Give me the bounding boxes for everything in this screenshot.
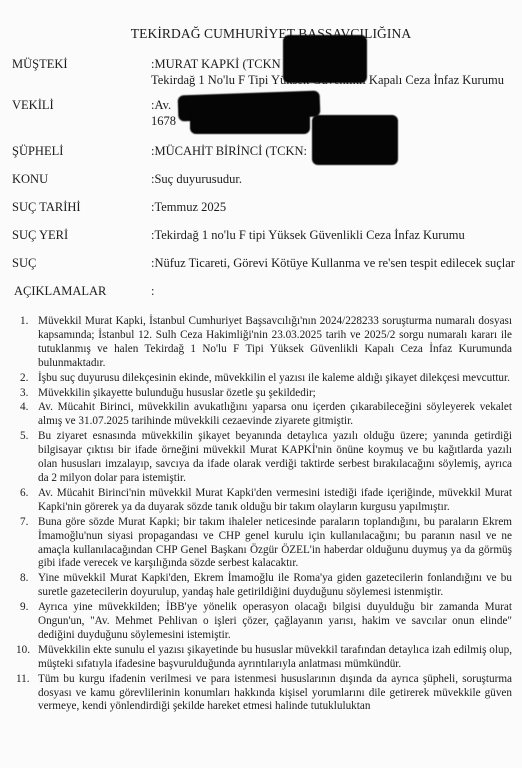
value-suc-yeri: :Tekirdağ 1 no'lu F tipi Yüksek Güvenlik… <box>151 228 465 243</box>
list-item: 8.Yine müvekkil Murat Kapki'den, Ekrem İ… <box>22 572 512 600</box>
list-item: 4.Av. Mücahit Birinci, müvekkilin avukat… <box>22 401 512 429</box>
label-suc: SUÇ <box>12 256 36 271</box>
label-aciklamalar: AÇIKLAMALAR <box>14 284 106 299</box>
value-vekili-name: :Av. <box>151 98 171 113</box>
label-suc-yeri: SUÇ YERİ <box>12 228 68 243</box>
label-konu: KONU <box>12 172 48 187</box>
value-suc-tarihi: :Temmuz 2025 <box>151 200 226 215</box>
list-item: 3.Müvekkilin şikayette bulunduğu hususla… <box>22 387 512 401</box>
label-supheli: ŞÜPHELİ <box>12 144 63 159</box>
list-item: 1.Müvekkil Murat Kapki, İstanbul Cumhuri… <box>22 315 512 371</box>
value-aciklamalar: : <box>151 284 154 299</box>
value-musteki-name: :MURAT KAPKİ (TCKN <box>151 57 281 72</box>
redaction-supheli-tckn <box>312 115 398 165</box>
label-suc-tarihi: SUÇ TARİHİ <box>12 200 81 215</box>
label-vekili: VEKİLİ <box>12 98 54 113</box>
value-supheli: :MÜCAHİT BİRİNCİ (TCKN: <box>151 144 307 159</box>
value-suc: :Nüfuz Ticareti, Görevi Kötüye Kullanma … <box>151 256 515 271</box>
list-item: 2.İşbu suç duyurusu dilekçesinin ekinde,… <box>22 372 512 386</box>
document-title: TEKİRDAĞ CUMHURİYET BAŞSAVCILIĞINA <box>0 26 522 42</box>
list-item: 9.Ayrıca yine müvekkilden; İBB'ye yöneli… <box>22 601 512 643</box>
value-konu: :Suç duyurusudur. <box>151 172 242 187</box>
value-vekili-address: 1678 <box>151 114 176 129</box>
list-item: 10.Müvekkilin ekte sunulu el yazısı şika… <box>22 644 512 672</box>
explanations-list: 1.Müvekkil Murat Kapki, İstanbul Cumhuri… <box>22 315 512 714</box>
document-page: TEKİRDAĞ CUMHURİYET BAŞSAVCILIĞINA MÜŞTE… <box>0 0 522 768</box>
list-item: 5.Bu ziyaret esnasında müvekkilin şikaye… <box>22 430 512 486</box>
label-musteki: MÜŞTEKİ <box>12 57 68 72</box>
list-item: 6.Av. Mücahit Birinci'nin müvekkil Murat… <box>22 487 512 515</box>
list-item: 11.Tüm bu kurgu ifadenin verilmesi ve pa… <box>22 673 512 715</box>
list-item: 7.Buna göre sözde Murat Kapki; bir takım… <box>22 516 512 572</box>
redaction-musteki-tckn <box>283 35 367 83</box>
redaction-vekili-address <box>190 112 310 134</box>
